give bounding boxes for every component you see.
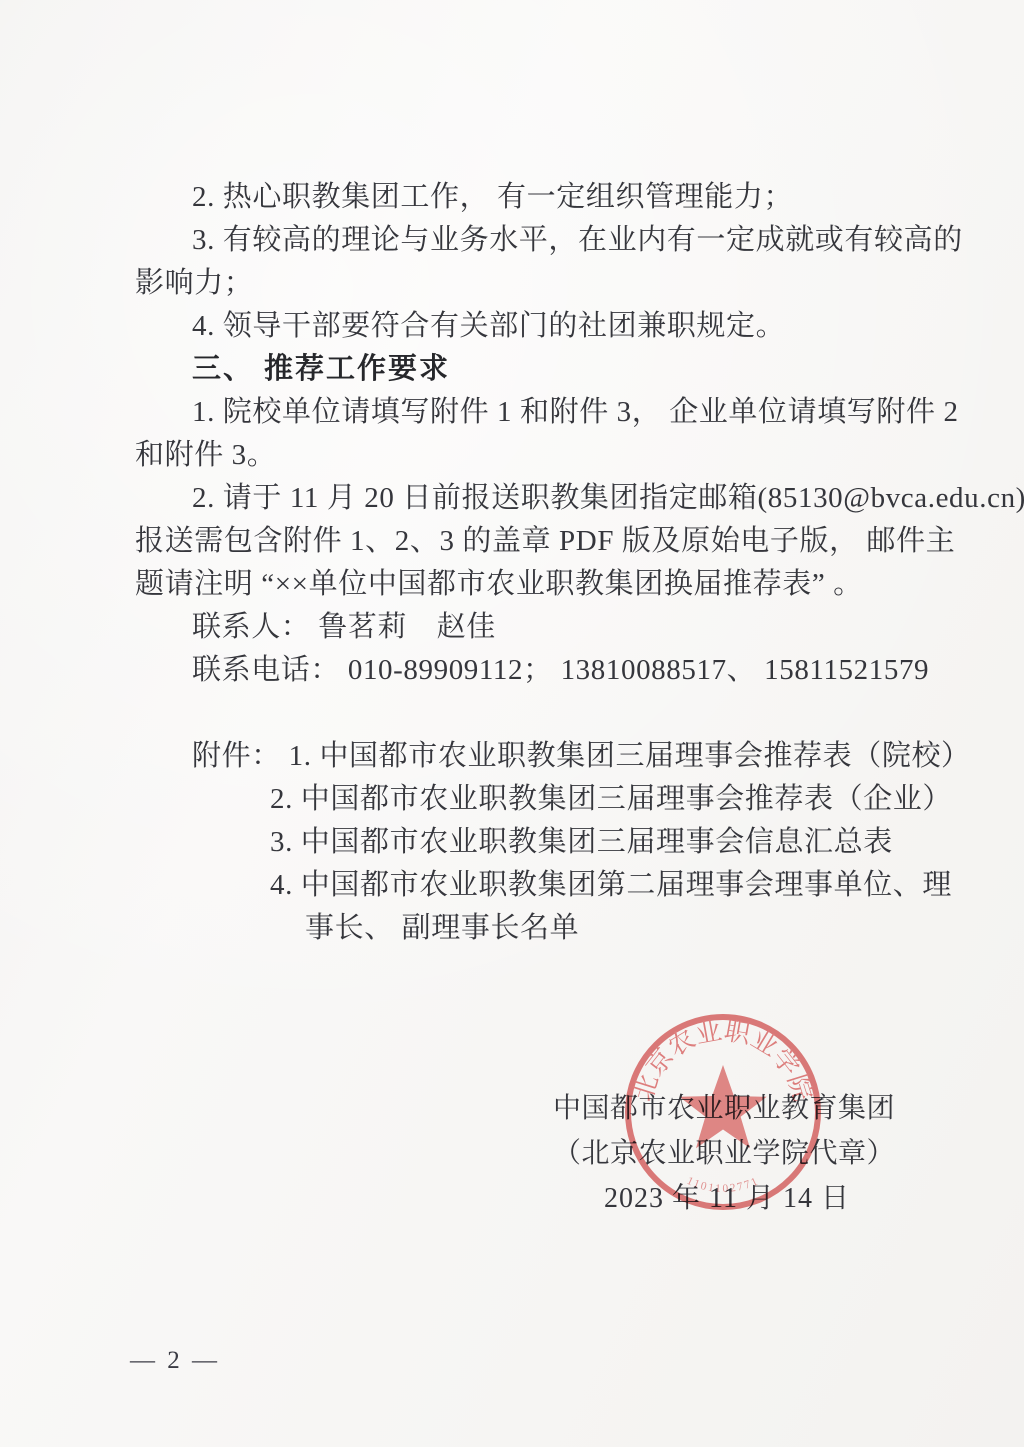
body-line: 和附件 3。	[135, 434, 925, 477]
body-line: 1. 院校单位请填写附件 1 和附件 3， 企业单位请填写附件 2	[135, 391, 925, 434]
official-seal: 北京农业职业学院 1101102771	[610, 999, 836, 1225]
body-line: 影响力；	[135, 262, 925, 305]
seal-star-icon	[679, 1065, 766, 1148]
attachment-line: 附件： 1. 中国都市农业职教集团三届理事会推荐表（院校）	[135, 735, 925, 778]
body-line: 3. 有较高的理论与业务水平，在业内有一定成就或有较高的	[135, 219, 925, 262]
body-line: 2. 请于 11 月 20 日前报送职教集团指定邮箱(85130@bvca.ed…	[135, 477, 925, 520]
blank-line	[135, 692, 925, 735]
page-number: — 2 —	[130, 1347, 220, 1375]
body-line: 题请注明 “××单位中国都市农业职教集团换届推荐表” 。	[135, 563, 925, 606]
seal-code: 1101102771	[685, 1175, 762, 1195]
document-body: 2. 热心职教集团工作， 有一定组织管理能力； 3. 有较高的理论与业务水平，在…	[135, 176, 925, 950]
contact-person-line: 联系人： 鲁茗莉 赵佳	[135, 606, 925, 649]
body-line: 4. 领导干部要符合有关部门的社团兼职规定。	[135, 305, 925, 348]
attachment-line: 事长、 副理事长名单	[135, 907, 925, 950]
scanned-document-page: 2. 热心职教集团工作， 有一定组织管理能力； 3. 有较高的理论与业务水平，在…	[0, 0, 1024, 1447]
body-line: 报送需包含附件 1、2、3 的盖章 PDF 版及原始电子版， 邮件主	[135, 520, 925, 563]
attachment-line: 3. 中国都市农业职教集团三届理事会信息汇总表	[135, 821, 925, 864]
attachment-line: 4. 中国都市农业职教集团第二届理事会理事单位、理	[135, 864, 925, 907]
contact-phone-line: 联系电话： 010-89909112； 13810088517、 1581152…	[135, 649, 925, 692]
attachment-line: 2. 中国都市农业职教集团三届理事会推荐表（企业）	[135, 778, 925, 821]
section-heading: 三、 推荐工作要求	[135, 348, 925, 391]
body-line: 2. 热心职教集团工作， 有一定组织管理能力；	[135, 176, 925, 219]
